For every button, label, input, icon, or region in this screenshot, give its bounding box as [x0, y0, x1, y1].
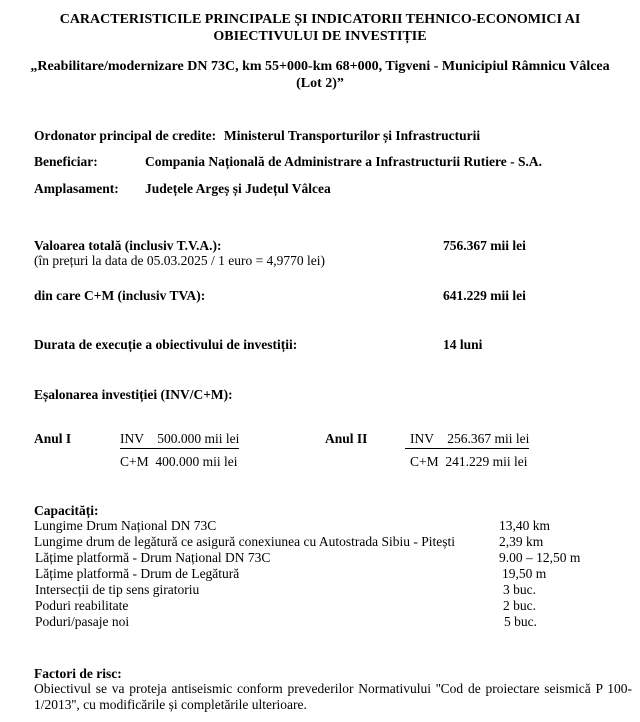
- capacity-row: Lungime drum de legătură ce asigură cone…: [34, 534, 594, 550]
- esalonare-heading: Eșalonarea investiției (INV/C+M):: [34, 387, 233, 403]
- ordonator-value: Ministerul Transporturilor și Infrastruc…: [224, 128, 480, 144]
- amplasament-value: Județele Argeș și Județul Vâlcea: [145, 181, 331, 197]
- total-value-label: Valoarea totală (inclusiv T.V.A.):: [34, 238, 222, 254]
- capacity-value: 5 buc.: [504, 614, 537, 630]
- cm-value: 641.229 mii lei: [443, 288, 526, 304]
- capacitati-heading: Capacități:: [34, 503, 99, 519]
- document-title-line2: OBIECTIVULUI DE INVESTIȚIE: [0, 28, 640, 45]
- capacity-value: 9.00 – 12,50 m: [499, 550, 580, 566]
- capacity-label: Lățime platformă - Drum Național DN 73C: [35, 550, 270, 566]
- duration-label: Durata de execuție a obiectivului de inv…: [34, 337, 297, 353]
- year-1-inv: INV 500.000 mii lei: [120, 431, 239, 449]
- year-2-label: Anul II: [325, 431, 367, 447]
- capacity-row: Poduri/pasaje noi 5 buc.: [34, 614, 594, 630]
- duration-value: 14 luni: [443, 337, 482, 353]
- capacity-label: Intersecții de tip sens giratoriu: [35, 582, 199, 598]
- year-1-label: Anul I: [34, 431, 71, 447]
- cm-value-label: din care C+M (inclusiv TVA):: [34, 288, 205, 304]
- capacity-row: Lățime platformă - Drum Național DN 73C …: [34, 550, 594, 566]
- risc-text: Obiectivul se va proteja antiseismic con…: [34, 681, 632, 713]
- capacity-value: 19,50 m: [502, 566, 546, 582]
- year-2-inv: INV 256.367 mii lei: [405, 431, 529, 449]
- capacity-value: 2 buc.: [503, 598, 536, 614]
- price-note: (în prețuri la data de 05.03.2025 / 1 eu…: [34, 253, 325, 269]
- amplasament-label: Amplasament:: [34, 181, 119, 197]
- total-value: 756.367 mii lei: [443, 238, 526, 254]
- capacity-label: Poduri reabilitate: [35, 598, 128, 614]
- year-2-cm: C+M 241.229 mii lei: [410, 454, 528, 470]
- capacity-label: Lățime platformă - Drum de Legătură: [35, 566, 239, 582]
- capacity-row: Poduri reabilitate 2 buc.: [34, 598, 594, 614]
- capacity-value: 3 buc.: [503, 582, 536, 598]
- beneficiar-value: Compania Națională de Administrare a Inf…: [145, 154, 542, 170]
- capacity-value: 2,39 km: [499, 534, 543, 550]
- capacity-label: Lungime Drum Național DN 73C: [34, 518, 216, 534]
- project-name-line1: „Reabilitare/modernizare DN 73C, km 55+0…: [0, 58, 640, 75]
- capacity-label: Poduri/pasaje noi: [35, 614, 129, 630]
- capacity-row: Intersecții de tip sens giratoriu 3 buc.: [34, 582, 594, 598]
- capacity-value: 13,40 km: [499, 518, 550, 534]
- capacity-row: Lățime platformă - Drum de Legătură 19,5…: [34, 566, 594, 582]
- document-title-line1: CARACTERISTICILE PRINCIPALE ȘI INDICATOR…: [0, 11, 640, 28]
- beneficiar-label: Beneficiar:: [34, 154, 98, 170]
- ordonator-label: Ordonator principal de credite:: [34, 128, 216, 144]
- capacity-label: Lungime drum de legătură ce asigură cone…: [34, 534, 455, 550]
- project-name-line2: (Lot 2)”: [0, 75, 640, 92]
- capacity-row: Lungime Drum Național DN 73C 13,40 km: [34, 518, 594, 534]
- risc-heading: Factori de risc:: [34, 666, 122, 682]
- year-1-cm: C+M 400.000 mii lei: [120, 454, 238, 470]
